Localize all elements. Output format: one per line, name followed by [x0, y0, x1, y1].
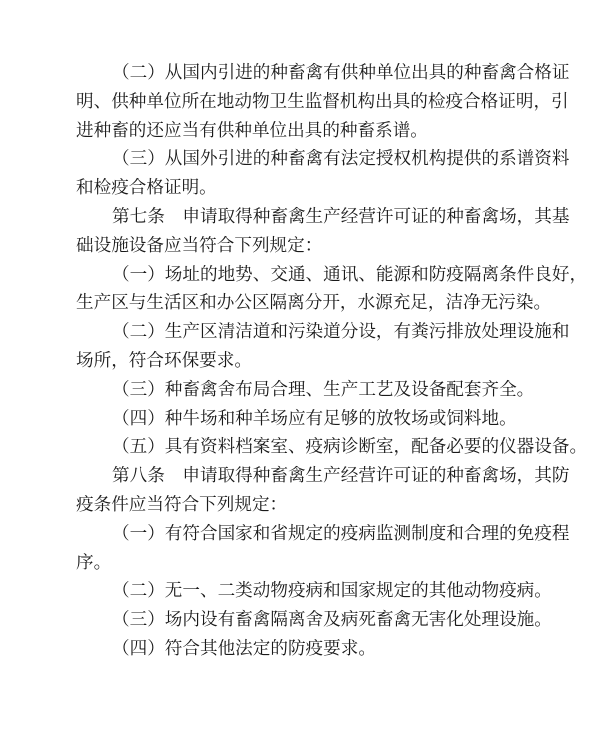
text-line: 场所，符合环保要求。 — [76, 347, 521, 376]
text-line: （三）种畜禽舍布局合理、生产工艺及设备配套齐全。 — [76, 376, 521, 405]
article-8: 第八条 申请取得种畜禽生产经营许可证的种畜禽场，其防 疫条件应当符合下列规定： — [76, 462, 521, 520]
article-7-item-3: （三）种畜禽舍布局合理、生产工艺及设备配套齐全。 — [76, 376, 521, 405]
text-line: 疫条件应当符合下列规定： — [76, 491, 521, 520]
text-line: （一）场址的地势、交通、通讯、能源和防疫隔离条件良好， — [76, 261, 521, 290]
text-line: 进种畜的还应当有供种单位出具的种畜系谱。 — [76, 117, 521, 146]
text-line: （四）种牛场和种羊场应有足够的放牧场或饲料地。 — [76, 405, 521, 434]
text-line: 和检疫合格证明。 — [76, 174, 521, 203]
text-line: （四）符合其他法定的防疫要求。 — [76, 635, 521, 664]
text-line: （二）无一、二类动物疫病和国家规定的其他动物疫病。 — [76, 577, 521, 606]
text-line: （三）从国外引进的种畜禽有法定授权机构提供的系谱资料 — [76, 145, 521, 174]
article-7: 第七条 申请取得种畜禽生产经营许可证的种畜禽场，其基 础设施设备应当符合下列规定… — [76, 203, 521, 261]
paragraph-item-3-foreign-import: （三）从国外引进的种畜禽有法定授权机构提供的系谱资料 和检疫合格证明。 — [76, 145, 521, 203]
article-7-item-5: （五）具有资料档案室、疫病诊断室，配备必要的仪器设备。 — [76, 433, 521, 462]
text-line: （五）具有资料档案室、疫病诊断室，配备必要的仪器设备。 — [76, 433, 521, 462]
text-line: 第七条 申请取得种畜禽生产经营许可证的种畜禽场，其基 — [76, 203, 521, 232]
text-line: 生产区与生活区和办公区隔离分开，水源充足，洁净无污染。 — [76, 289, 521, 318]
document-page: （二）从国内引进的种畜禽有供种单位出具的种畜禽合格证 明、供种单位所在地动物卫生… — [76, 59, 521, 664]
paragraph-item-2-domestic-import: （二）从国内引进的种畜禽有供种单位出具的种畜禽合格证 明、供种单位所在地动物卫生… — [76, 59, 521, 145]
article-7-item-4: （四）种牛场和种羊场应有足够的放牧场或饲料地。 — [76, 405, 521, 434]
text-line: （二）生产区清洁道和污染道分设，有粪污排放处理设施和 — [76, 318, 521, 347]
text-line: 第八条 申请取得种畜禽生产经营许可证的种畜禽场，其防 — [76, 462, 521, 491]
article-8-item-4: （四）符合其他法定的防疫要求。 — [76, 635, 521, 664]
article-7-item-1: （一）场址的地势、交通、通讯、能源和防疫隔离条件良好， 生产区与生活区和办公区隔… — [76, 261, 521, 319]
text-line: 明、供种单位所在地动物卫生监督机构出具的检疫合格证明，引 — [76, 88, 521, 117]
article-8-item-2: （二）无一、二类动物疫病和国家规定的其他动物疫病。 — [76, 577, 521, 606]
article-8-item-1: （一）有符合国家和省规定的疫病监测制度和合理的免疫程 序。 — [76, 520, 521, 578]
text-line: 础设施设备应当符合下列规定： — [76, 232, 521, 261]
article-8-item-3: （三）场内设有畜禽隔离舍及病死畜禽无害化处理设施。 — [76, 606, 521, 635]
text-line: （三）场内设有畜禽隔离舍及病死畜禽无害化处理设施。 — [76, 606, 521, 635]
text-line: （一）有符合国家和省规定的疫病监测制度和合理的免疫程 — [76, 520, 521, 549]
article-7-item-2: （二）生产区清洁道和污染道分设，有粪污排放处理设施和 场所，符合环保要求。 — [76, 318, 521, 376]
text-line: 序。 — [76, 549, 521, 578]
text-line: （二）从国内引进的种畜禽有供种单位出具的种畜禽合格证 — [76, 59, 521, 88]
